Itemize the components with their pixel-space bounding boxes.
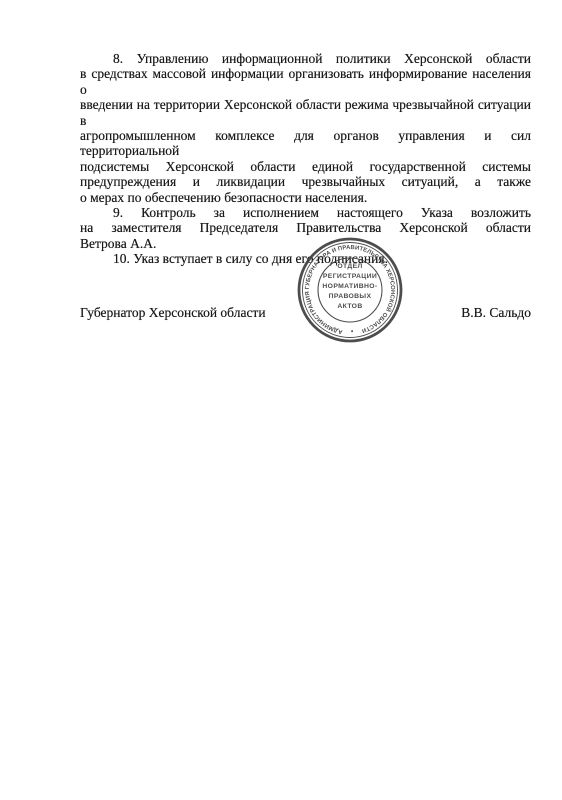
stamp-center-text-line: РЕГИСТРАЦИИ — [323, 273, 377, 280]
stamp-outer-thin-circle — [303, 243, 398, 338]
stamp-separator-dot: • — [351, 328, 354, 335]
stamp-center-text-line: НОРМАТИВНО- — [322, 283, 377, 290]
text-line: о мерах по обеспечению безопасности насе… — [80, 190, 531, 205]
stamp-center-text-line: ОТДЕЛ — [337, 263, 362, 270]
stamp-center-text-line: ПРАВОВЫХ — [329, 293, 372, 300]
scanned-document-page: 8. Управлению информационной политики Хе… — [0, 0, 562, 800]
text-line: агропромышленном комплексе для органов у… — [80, 128, 531, 159]
registration-stamp: АДМИНИСТРАЦИЯ ГУБЕРНАТОРА И ПРАВИТЕЛЬСТВ… — [294, 234, 406, 346]
text-line: предупреждения и ликвидации чрезвычайных… — [80, 174, 531, 189]
paragraph-8: 8. Управлению информационной политики Хе… — [80, 51, 531, 205]
text-line: введении на территории Херсонской област… — [80, 97, 531, 128]
text-line: 8. Управлению информационной политики Хе… — [80, 51, 531, 66]
stamp-outer-circle — [299, 239, 401, 341]
signature-name: В.В. Сальдо — [461, 305, 531, 321]
stamp-center-text-line: АКТОВ — [337, 303, 362, 310]
text-line: в средствах массовой информации организо… — [80, 66, 531, 97]
text-line: подсистемы Херсонской области единой гос… — [80, 159, 531, 174]
text-line: 9. Контроль за исполнением настоящего Ук… — [80, 205, 531, 220]
signature-title: Губернатор Херсонской области — [80, 305, 266, 321]
